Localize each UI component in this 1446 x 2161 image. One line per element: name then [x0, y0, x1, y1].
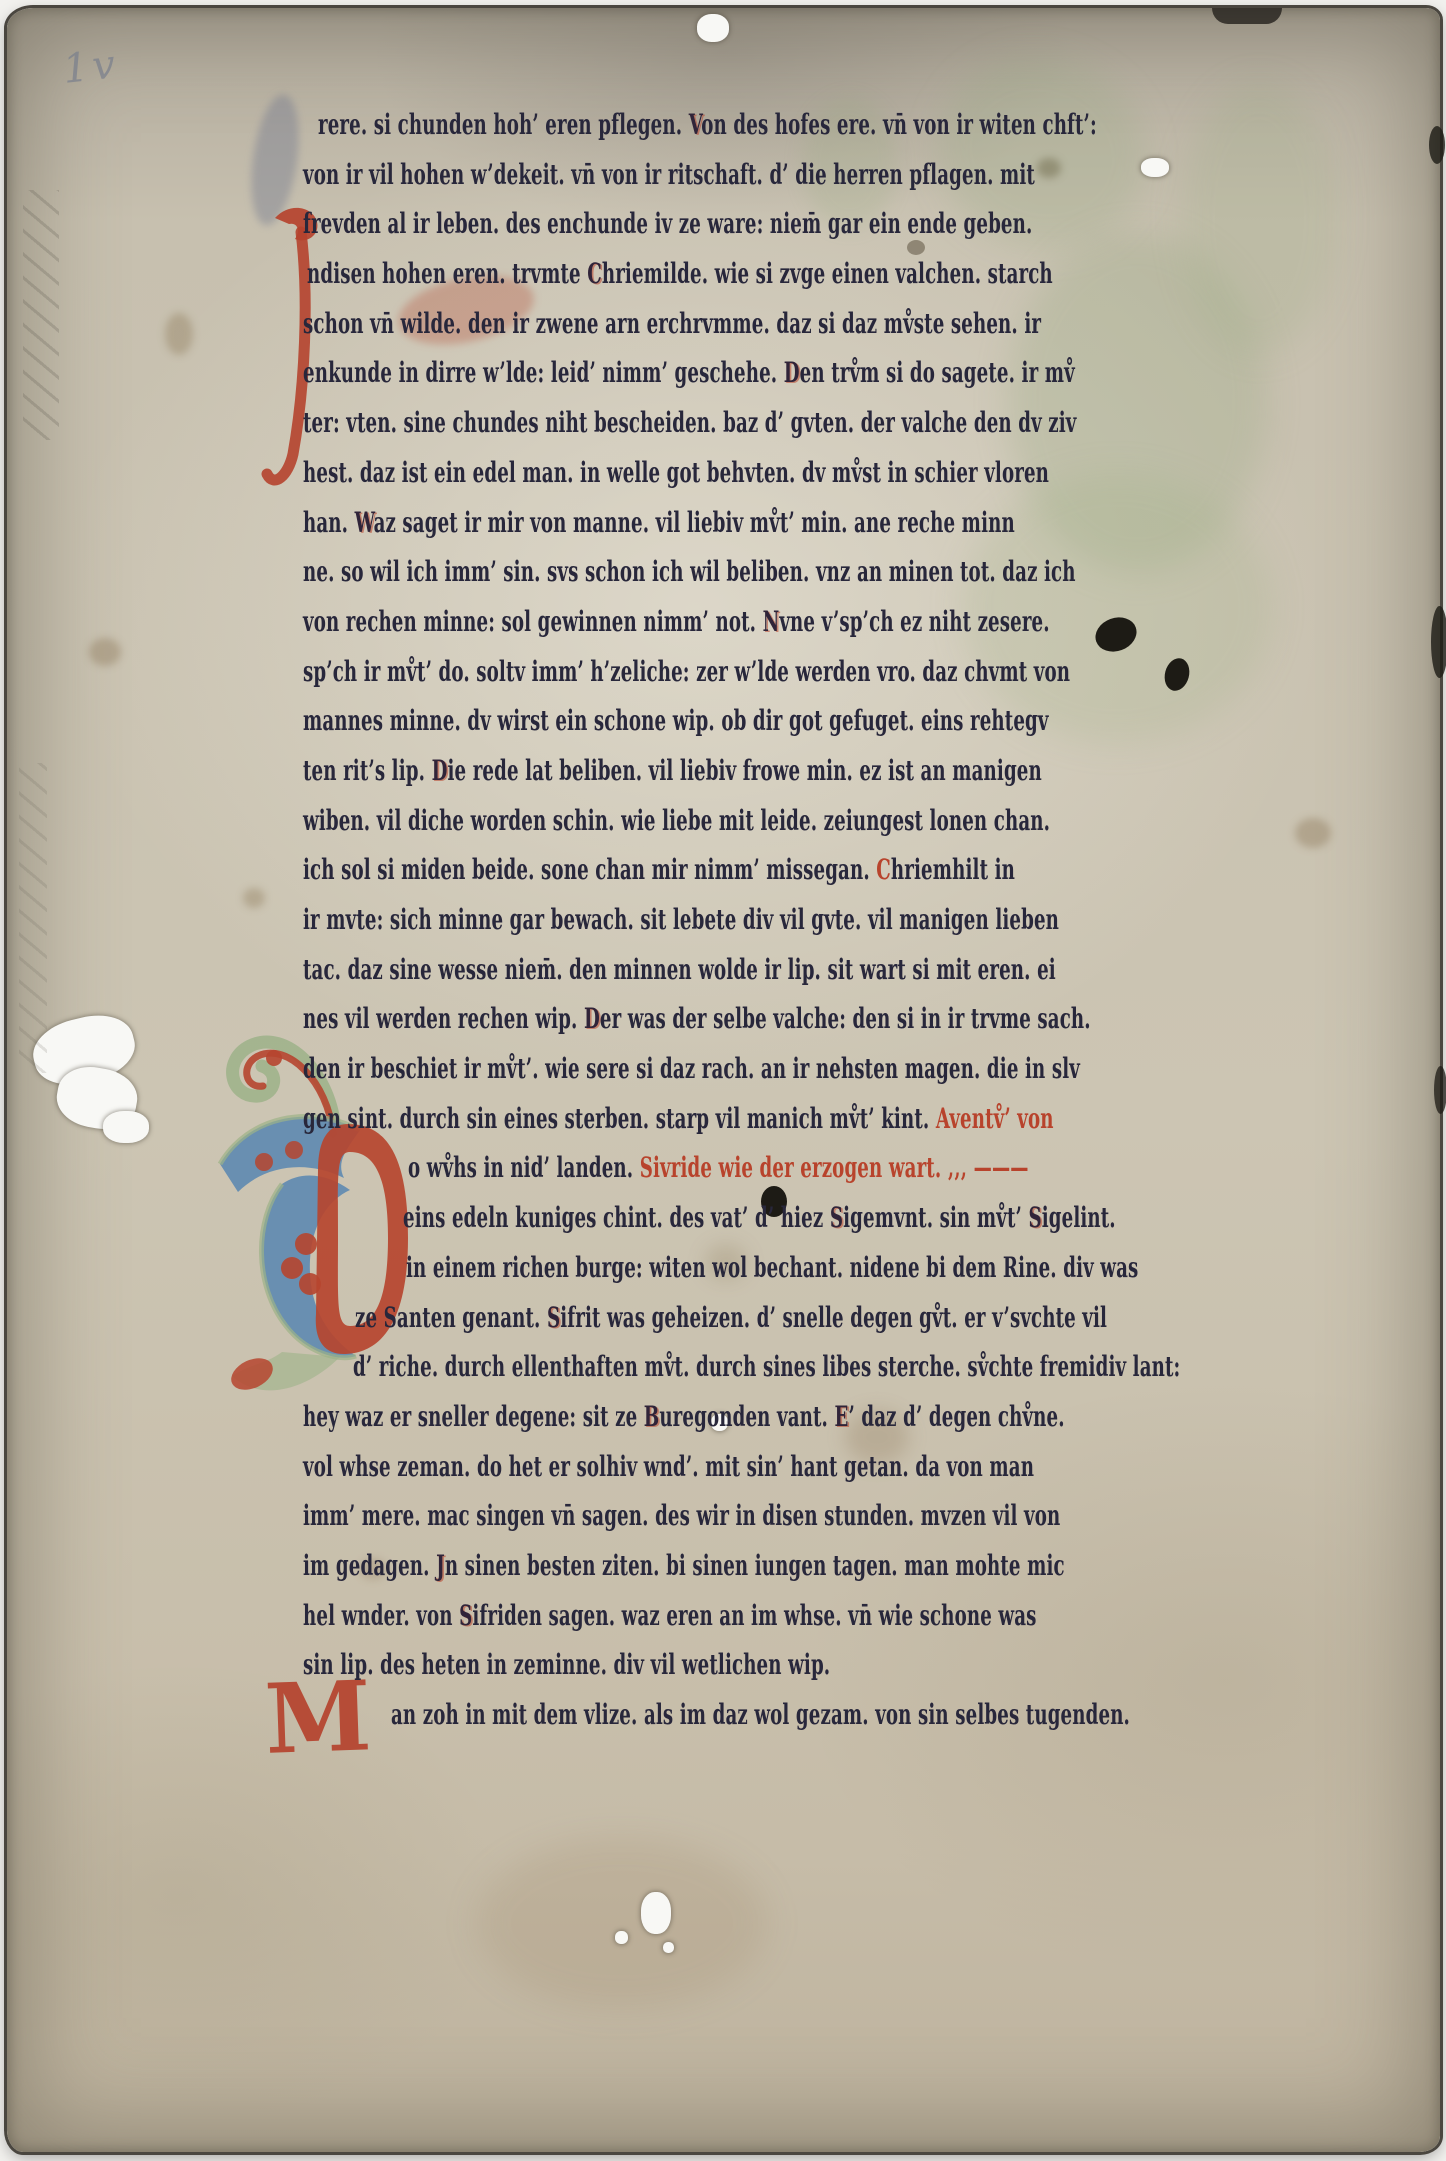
body-text: im gedagen. — [303, 1549, 436, 1582]
body-text: gen sint. durch sin eines sterben. starp… — [303, 1102, 936, 1135]
manuscript-line: frevden al ir leben. des enchunde iv ze … — [303, 207, 810, 257]
body-text: D — [784, 356, 800, 389]
body-text: ndisen hohen eren. trvmte — [307, 257, 587, 290]
body-text: den ir beschiet ir mv̊t’. wie sere si da… — [303, 1052, 1080, 1085]
manuscript-line: in einem richen burge: witen wol bechant… — [406, 1251, 846, 1301]
body-text: tac. daz sine wesse niem̄. den minnen wo… — [303, 953, 1056, 986]
body-text: vne v’sp’ch ez niht zesere. — [779, 605, 1049, 638]
body-text: mannes minne. dv wirst ein schone wip. o… — [303, 704, 1049, 737]
body-text: ir mvte: sich minne gar bewach. sit lebe… — [303, 903, 1059, 936]
manuscript-line: ndisen hohen eren. trvmte Chriemilde. wi… — [307, 257, 811, 307]
rubric-text: Aventv̊’ von — [936, 1102, 1054, 1135]
manuscript-line: nes vil werden rechen wip. Der was der s… — [303, 1002, 810, 1052]
manuscript-line: ir mvte: sich minne gar bewach. sit lebe… — [303, 903, 810, 953]
body-text: ’ daz d’ degen chv̊ne. — [848, 1400, 1064, 1433]
body-text: E — [834, 1400, 848, 1433]
body-text: S — [1028, 1201, 1041, 1234]
manuscript-line: ter: vten. sine chundes niht bescheiden.… — [303, 406, 810, 456]
body-text: sp’ch ir mv̊t’ do. soltv imm’ h’zeliche:… — [303, 655, 1070, 688]
manuscript-line: ne. so wil ich imm’ sin. svs schon ich w… — [303, 555, 810, 605]
manuscript-line: im gedagen. Jn sinen besten ziten. bi si… — [303, 1549, 810, 1599]
body-text: ten rit’s lip. — [303, 754, 432, 787]
parchment-hole — [641, 1892, 671, 1934]
body-text: D — [432, 754, 448, 787]
body-text: eins edeln kuniges chint. des vat’ d’ hi… — [403, 1201, 830, 1234]
body-text: hey waz er sneller degene: sit ze — [303, 1400, 644, 1433]
body-text: o wv̊hs in nid’ landen. — [408, 1151, 640, 1184]
manuscript-line: wiben. vil diche worden schin. wie liebe… — [303, 804, 810, 854]
body-text: von ir vil hohen w’dekeit. vn̄ von ir ri… — [303, 158, 1035, 191]
manuscript-line: schon vn̄ wilde. den ir zwene arn erchrv… — [303, 307, 810, 357]
parchment-stain — [165, 313, 193, 355]
manuscript-line: hey waz er sneller degene: sit ze Burego… — [303, 1400, 810, 1450]
body-text: d’ riche. durch ellenthaften mv̊t. durch… — [353, 1350, 1180, 1383]
page-edge-mark — [1431, 606, 1446, 678]
manuscript-line: an zoh in mit dem vlize. als im daz wol … — [391, 1698, 841, 1748]
body-text: imm’ mere. mac singen vn̄ sagen. des wir… — [303, 1499, 1060, 1532]
body-text: ifriden sagen. waz eren an im whse. vn̄ … — [472, 1599, 1036, 1632]
manuscript-line: tac. daz sine wesse niem̄. den minnen wo… — [303, 953, 810, 1003]
manuscript-line: sp’ch ir mv̊t’ do. soltv imm’ h’zeliche:… — [303, 655, 810, 705]
body-text: S — [459, 1599, 472, 1632]
body-text: igemvnt. sin mv̊t’ — [843, 1201, 1028, 1234]
manuscript-line: vol whse zeman. do het er solhiv wnd’. m… — [303, 1450, 810, 1500]
green-offset-stain — [1182, 83, 1337, 353]
manuscript-line: ten rit’s lip. Die rede lat beliben. vil… — [303, 754, 810, 804]
body-text: hriemilde. wie si zvge einen valchen. st… — [602, 257, 1053, 290]
body-text: on des hofes ere. vn̄ von ir witen chft’… — [701, 108, 1097, 141]
manuscript-line: ich sol si miden beide. sone chan mir ni… — [303, 853, 810, 903]
body-text: ie rede lat beliben. vil liebiv frowe mi… — [447, 754, 1041, 787]
manuscript-line: imm’ mere. mac singen vn̄ sagen. des wir… — [303, 1499, 810, 1549]
body-text: S — [547, 1301, 560, 1334]
parchment-hole — [697, 14, 729, 42]
body-text: nes vil werden rechen wip. — [303, 1002, 584, 1035]
parchment-stain — [1295, 818, 1331, 848]
folio-number: 1v — [61, 41, 122, 93]
manuscript-line: eins edeln kuniges chint. des vat’ d’ hi… — [403, 1201, 845, 1251]
page-edge-mark — [1429, 126, 1445, 164]
rubric-text: Sivride wie der erzogen wart. ‚‚‚ ——— — [640, 1151, 1029, 1184]
body-text: han. — [303, 506, 355, 539]
manuscript-line: mannes minne. dv wirst ein schone wip. o… — [303, 704, 810, 754]
body-text: hel wnder. von — [303, 1599, 459, 1632]
body-text: schon vn̄ wilde. den ir zwene arn erchrv… — [303, 307, 1041, 340]
manuscript-scan: 1v M rere. si chunden hoh’ eren pfle — [0, 0, 1446, 2161]
body-text: V — [689, 108, 702, 141]
manuscript-line: han. Waz saget ir mir von manne. vil lie… — [303, 506, 810, 556]
body-text: frevden al ir leben. des enchunde iv ze … — [303, 207, 1032, 240]
rubric-text: C — [876, 853, 891, 886]
manuscript-line: gen sint. durch sin eines sterben. starp… — [303, 1102, 810, 1152]
parchment-page: 1v M rere. si chunden hoh’ eren pfle — [7, 8, 1440, 2152]
body-text: B — [644, 1400, 660, 1433]
body-text: J — [436, 1549, 445, 1582]
page-edge-notch — [1212, 8, 1282, 24]
ink-blot — [1091, 612, 1142, 657]
manuscript-line: d’ riche. durch ellenthaften mv̊t. durch… — [353, 1350, 828, 1400]
manuscript-line: enkunde in dirre w’lde: leid’ nimm’ gesc… — [303, 356, 810, 406]
manuscript-line: sin lip. des heten in zeminne. div vil w… — [303, 1648, 810, 1698]
body-text: vol whse zeman. do het er solhiv wnd’. m… — [303, 1450, 1034, 1483]
ink-blot — [1161, 655, 1193, 693]
body-text: enkunde in dirre w’lde: leid’ nimm’ gesc… — [303, 356, 784, 389]
manuscript-line: rere. si chunden hoh’ eren pflegen. Von … — [318, 108, 815, 158]
text-block: rere. si chunden hoh’ eren pflegen. Von … — [303, 108, 1083, 1748]
body-text: ter: vten. sine chundes niht bescheiden.… — [303, 406, 1077, 439]
body-text: S — [830, 1201, 843, 1234]
body-text: an zoh in mit dem vlize. als im daz wol … — [391, 1698, 1130, 1731]
manuscript-line: o wv̊hs in nid’ landen. Sivride wie der … — [408, 1151, 847, 1201]
parchment-stain — [243, 888, 265, 908]
body-text: N — [763, 605, 780, 638]
binding-hatch-marks — [19, 763, 47, 1073]
parchment-hole — [615, 1931, 628, 1944]
parchment-hole — [1141, 158, 1169, 177]
body-text: er was der selbe valche: den si in ir tr… — [600, 1002, 1091, 1035]
page-edge-mark — [1434, 1066, 1446, 1114]
body-text: ze Santen genant. — [355, 1301, 547, 1334]
body-text: az saget ir mir von manne. vil liebiv mv… — [374, 506, 1015, 539]
manuscript-line: den ir beschiet ir mv̊t’. wie sere si da… — [303, 1052, 810, 1102]
body-text: rere. si chunden hoh’ eren pflegen. — [318, 108, 689, 141]
body-text: hriemhilt in — [891, 853, 1015, 886]
parchment-stain — [477, 1838, 767, 2008]
body-text: hest. daz ist ein edel man. in welle got… — [303, 456, 1049, 489]
manuscript-line: ze Santen genant. Sifrit was geheizen. d… — [355, 1301, 828, 1351]
body-text: igelint. — [1042, 1201, 1116, 1234]
manuscript-line: von ir vil hohen w’dekeit. vn̄ von ir ri… — [303, 158, 810, 208]
parchment-hole — [103, 1111, 149, 1143]
body-text: en trv̊m si do sagete. ir mv̊ — [800, 356, 1075, 389]
body-text: n sinen besten ziten. bi sinen iungen ta… — [445, 1549, 1065, 1582]
body-text: W — [355, 506, 374, 539]
body-text: uregonden vant. — [659, 1400, 834, 1433]
body-text: ne. so wil ich imm’ sin. svs schon ich w… — [303, 555, 1076, 588]
manuscript-line: von rechen minne: sol gewinnen nimm’ not… — [303, 605, 810, 655]
body-text: D — [584, 1002, 600, 1035]
manuscript-line: hel wnder. von Sifriden sagen. waz eren … — [303, 1599, 810, 1649]
manuscript-line: hest. daz ist ein edel man. in welle got… — [303, 456, 810, 506]
body-text: wiben. vil diche worden schin. wie liebe… — [303, 804, 1050, 837]
body-text: ich sol si miden beide. sone chan mir ni… — [303, 853, 876, 886]
parchment-hole — [663, 1942, 674, 1953]
body-text: C — [587, 257, 602, 290]
body-text: sin lip. des heten in zeminne. div vil w… — [303, 1648, 830, 1681]
body-text: in einem richen burge: witen wol bechant… — [406, 1251, 1138, 1284]
body-text: von rechen minne: sol gewinnen nimm’ not… — [303, 605, 763, 638]
parchment-stain — [89, 638, 121, 666]
binding-hatch-marks — [23, 190, 59, 440]
body-text: ifrit was geheizen. d’ snelle degen gv̊t… — [560, 1301, 1107, 1334]
